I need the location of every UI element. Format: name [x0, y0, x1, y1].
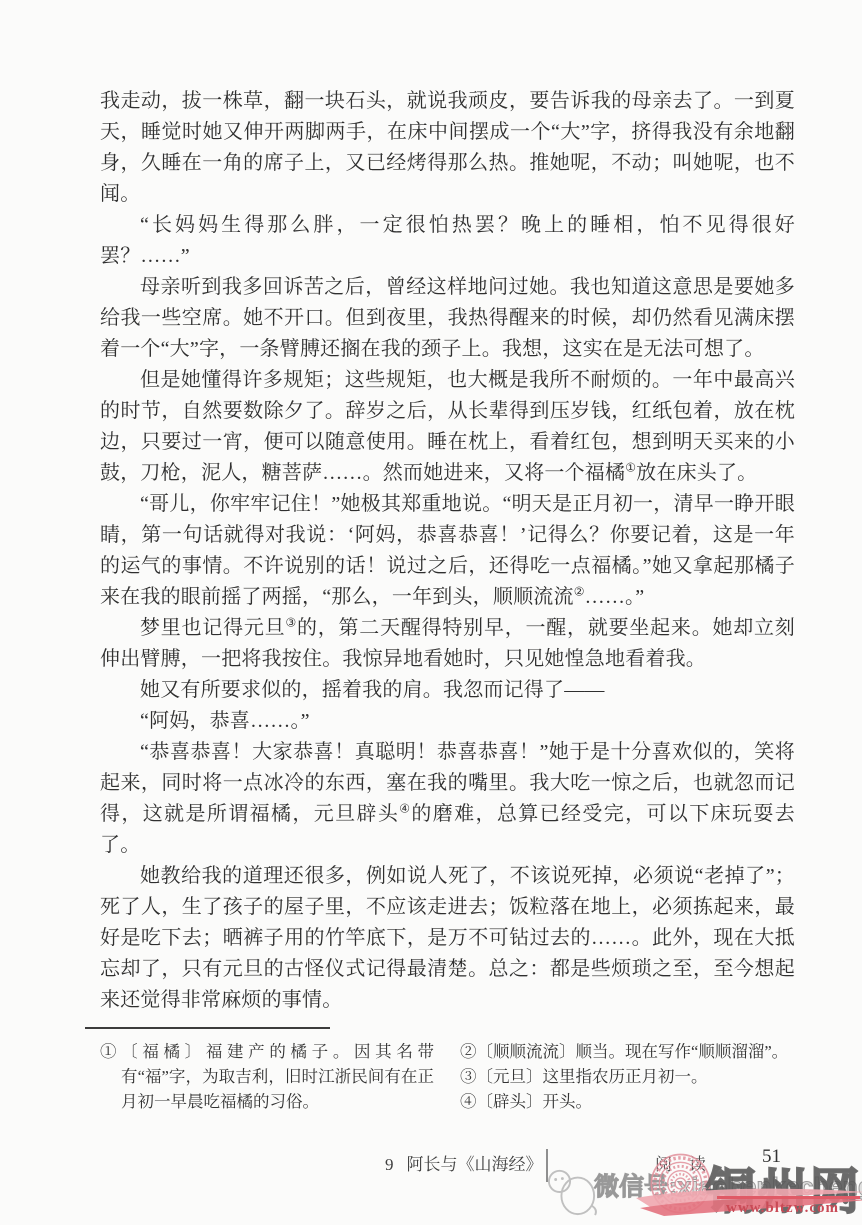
- footnotes: ①〔福橘〕福建产的橘子。因其名带有“福”字，为取吉利，旧时江浙民间有在正月初一早…: [100, 1039, 795, 1114]
- footnote: ②〔顺顺流流〕顺当。现在写作“顺顺溜溜”。: [460, 1039, 795, 1064]
- lesson-number: 9: [385, 1155, 394, 1174]
- paragraph: “哥儿，你牢牢记住！”她极其郑重地说。“明天是正月初一，清早一睁开眼睛，第一句话…: [100, 489, 795, 613]
- footnote: ③〔元旦〕这里指农历正月初一。: [460, 1064, 795, 1089]
- footnote-divider: [85, 1027, 330, 1029]
- footnotes-left-column: ①〔福橘〕福建产的橘子。因其名带有“福”字，为取吉利，旧时江浙民间有在正月初一早…: [100, 1039, 434, 1114]
- paragraph: “恭喜恭喜！大家恭喜！真聪明！恭喜恭喜！”她于是十分喜欢似的，笑将起来，同时将一…: [100, 737, 795, 861]
- footnote: ④〔辟头〕开头。: [460, 1089, 795, 1114]
- paragraph: 梦里也记得元旦③的，第二天醒得特别早，一醒，就要坐起来。她却立刻伸出臂膊，一把将…: [100, 613, 795, 675]
- footer-lesson: 9阿长与《山海经》: [385, 1150, 543, 1175]
- textbook-page: 我走动，拔一株草，翻一块石头，就说我顽皮，要告诉我的母亲去了。一到夏天，睡觉时她…: [0, 0, 862, 1225]
- footnote: ①〔福橘〕福建产的橘子。因其名带有“福”字，为取吉利，旧时江浙民间有在正月初一早…: [100, 1039, 434, 1114]
- paragraph: 她又有所要求似的，摇着我的肩。我忽而记得了——: [100, 675, 795, 706]
- footnotes-right-column: ②〔顺顺流流〕顺当。现在写作“顺顺溜溜”。 ③〔元旦〕这里指农历正月初一。 ④〔…: [460, 1039, 795, 1114]
- paragraph: 她教给我的道理还很多，例如说人死了，不该说死掉，必须说“老掉了”；死了人，生了孩…: [100, 861, 795, 1016]
- red-underline: [717, 1196, 860, 1199]
- lesson-body: 我走动，拔一株草，翻一块石头，就说我顽皮，要告诉我的母亲去了。一到夏天，睡觉时她…: [100, 86, 795, 1114]
- paragraph: 但是她懂得许多规矩；这些规矩，也大概是我所不耐烦的。一年中最高兴的时节，自然要数…: [100, 365, 795, 489]
- paragraph: 我走动，拔一株草，翻一块石头，就说我顽皮，要告诉我的母亲去了。一到夏天，睡觉时她…: [100, 86, 795, 210]
- qq-penguin-icon: [543, 1167, 601, 1217]
- lesson-title: 阿长与《山海经》: [407, 1155, 543, 1174]
- site-url-watermark: www.bltzw.com: [726, 1200, 839, 1217]
- paragraph: 母亲听到我多回诉苦之后，曾经这样地问过她。我也知道这意思是要她多给我一些空席。她…: [100, 272, 795, 365]
- paragraph: “长妈妈生得那么胖，一定很怕热罢？晚上的睡相，怕不见得很好罢？……”: [100, 210, 795, 272]
- paragraph: “阿妈，恭喜……。”: [100, 706, 795, 737]
